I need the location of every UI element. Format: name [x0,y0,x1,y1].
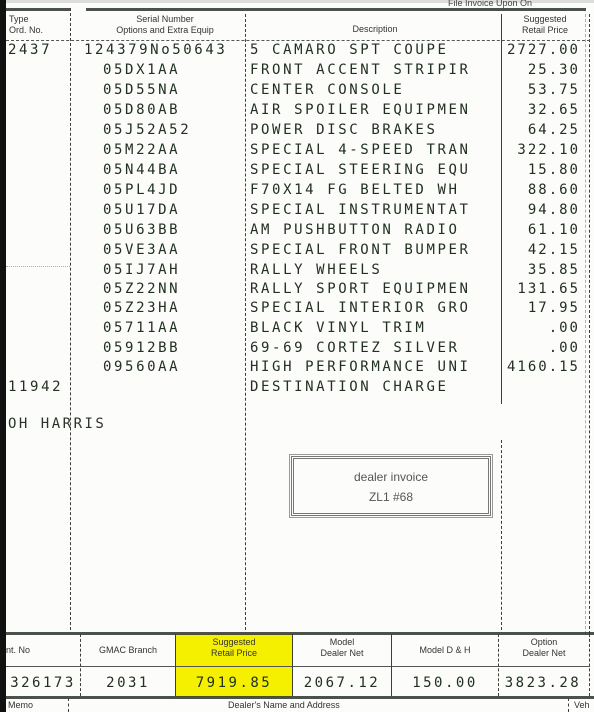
label-line: Dealer Net [293,648,391,659]
item-description: SPECIAL INSTRUMENTAT [250,202,471,222]
item-code: 09560AA [103,359,180,379]
item-description: SPECIAL 4-SPEED TRAN [250,142,471,162]
label-line: Suggested [176,637,292,648]
item-price: 15.80 [490,162,580,178]
item-price: .00 [490,340,580,356]
top-note: File Invoice Upon On [448,0,532,8]
header-description: Description [250,24,500,35]
item-code: 05Z22NN [103,281,180,301]
header-line: Suggested [502,14,588,25]
item-price: 32.65 [490,102,580,118]
column-divider [589,14,590,634]
scan-noise [6,266,70,267]
left-code: 11942 [8,379,63,399]
column-divider [245,14,246,630]
label-dealer-name: Dealer's Name and Address [228,700,340,710]
footer-divider [68,698,69,712]
item-description: AIR SPOILER EQUIPMEN [250,102,471,122]
item-description: 5 CAMARO SPT COUPE [250,42,449,62]
item-description: 69-69 CORTEZ SILVER [250,340,460,360]
header-divider [6,40,590,41]
value-option-dealer-net: 3823.28 [496,675,590,691]
label-line: Model [293,637,391,648]
label-option-dealer-net: Option Dealer Net [499,637,589,659]
item-price: 61.10 [490,222,580,238]
item-description: SPECIAL FRONT BUMPER [250,242,471,262]
label-acct-no: nt. No [6,645,78,656]
item-price: 4160.15 [490,359,580,375]
item-description: HIGH PERFORMANCE UNI [250,359,471,379]
item-code: 05N44BA [103,162,180,182]
header-line: Serial Number [90,14,240,25]
footer-bottom-rule [6,696,594,699]
item-price: 131.65 [490,281,580,297]
item-description: SPECIAL INTERIOR GRO [250,300,471,320]
label-line: Dealer Net [499,648,589,659]
item-code: 05U17DA [103,202,180,222]
column-divider [70,8,71,630]
item-price: 88.60 [490,182,580,198]
header-suggested-retail: Suggested Retail Price [502,14,588,36]
label-line: Option [499,637,589,648]
header-line: Type [9,14,43,25]
item-code: 05VE3AA [103,242,180,262]
item-price: 42.15 [490,242,580,258]
item-code: 05U63BB [103,222,180,242]
item-code: 05DX1AA [103,62,180,82]
item-price: 35.85 [490,262,580,278]
item-price: 2727.00 [490,42,580,58]
item-description: DESTINATION CHARGE [250,379,449,399]
item-price: 53.75 [490,82,580,98]
value-model-dealer-net: 2067.12 [293,675,391,691]
header-line: Retail Price [502,25,588,36]
item-description: CENTER CONSOLE [250,82,404,102]
stamp-line-1: dealer invoice [294,467,488,487]
scan-edge [0,0,6,712]
footer-top-rule [6,632,594,635]
item-description: FRONT ACCENT STRIPIR [250,62,471,82]
item-code: 05IJ7AH [103,262,180,282]
item-description: POWER DISC BRAKES [250,122,438,142]
label-veh: Veh [574,700,590,710]
header-line: Options and Extra Equip [90,25,240,36]
salesperson-note: OH HARRIS [8,416,106,432]
type-ord-no: 2437 [8,42,52,62]
value-acct-no: 326173 [6,675,80,691]
stamp-line-2: ZL1 #68 [294,487,488,507]
dealer-invoice-stamp: dealer invoice ZL1 #68 [291,456,491,516]
column-divider [501,440,502,630]
footer-divider [568,698,569,712]
item-price: 64.25 [490,122,580,138]
item-description: F70X14 FG BELTED WH [250,182,460,202]
item-code: 05Z23HA [103,300,180,320]
value-model-dh: 150.00 [392,675,498,691]
item-code: 05711AA [103,320,180,340]
label-memo: Memo [8,700,33,710]
item-code: 05PL4JD [103,182,180,202]
label-model-dealer-net: Model Dealer Net [293,637,391,659]
item-description: BLACK VINYL TRIM [250,320,426,340]
top-rule [6,8,71,11]
item-code: 05912BB [103,340,180,360]
item-price: 17.95 [490,300,580,316]
label-line: Retail Price [176,648,292,659]
item-code: 05J52A52 [103,122,191,142]
item-description: AM PUSHBUTTON RADIO [250,222,460,242]
column-divider [585,14,586,634]
item-code: 05M22AA [103,142,180,162]
header-serial-options: Serial Number Options and Extra Equip [90,14,240,36]
item-price: .00 [490,320,580,336]
item-price: 25.30 [490,62,580,78]
item-price: 94.80 [490,202,580,218]
item-code: 05D55NA [103,82,180,102]
header-line: Ord. No. [9,25,43,36]
footer-divider [80,634,81,696]
value-gmac-branch: 2031 [82,675,174,691]
header-type-ord-no: Type Ord. No. [9,14,43,36]
dealer-invoice-page: File Invoice Upon On Type Ord. No. Seria… [0,0,594,712]
item-price: 322.10 [490,142,580,158]
label-model-dh: Model D & H [392,645,498,656]
top-rule [86,8,586,11]
value-suggested-retail: 7919.85 [176,675,292,691]
item-description: RALLY SPORT EQUIPMEN [250,281,471,301]
item-description: RALLY WHEELS [250,262,382,282]
item-description: SPECIAL STEERING EQU [250,162,471,182]
item-code: 05D80AB [103,102,180,122]
footer-mid-rule [6,666,590,667]
label-suggested-retail: Suggested Retail Price [176,637,292,659]
serial-number: 124379No50643 [84,42,227,62]
label-gmac-branch: GMAC Branch [82,645,174,656]
